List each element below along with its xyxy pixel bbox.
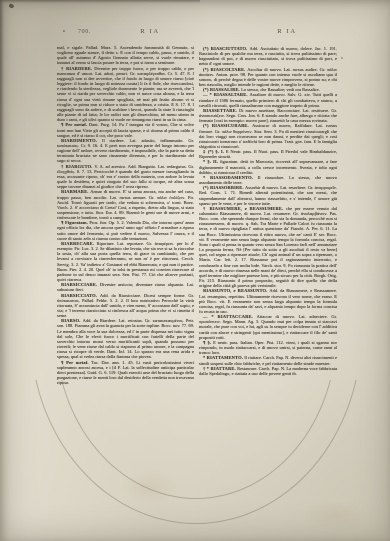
entry-headword: RIARMARE. (61, 189, 90, 194)
entry-headword: * RIATTAMENTO. (203, 355, 244, 360)
dictionary-entry: ¶ Figuratam. Pros. fior. Op. 5. 2. Volen… (57, 220, 194, 241)
entry-headword: ‡ (*) §. I. (203, 149, 226, 154)
entry-headword: † RIARGUTO. (61, 164, 94, 169)
dictionary-entry: ‡ (*) §. I. E Neutr. pass. Il Nuot. pass… (199, 149, 337, 159)
entry-headword: ¶ Figuratam. (61, 220, 89, 225)
dictionary-entry: * RIATTAMENTO. Il riattare. Carch. Pap. … (199, 355, 337, 365)
scan-edge-shadow-top (0, 0, 200, 3)
dictionary-entry: RIARMARE. Armar di nuovo. E' si arma anc… (57, 189, 194, 220)
paper-stain (20, 180, 60, 240)
entry-headword: — * RIASSALTARE. (203, 92, 250, 97)
dictionary-entry: ¶ Per metaf. Tac. Dav. ann. 1. 45. Li va… (57, 360, 194, 386)
entry-headword: (*) RIASCOLTARE. (203, 67, 247, 72)
page-number: 700. (78, 29, 91, 35)
dictionary-entry: (*) RIASSICURARE. Assicurar di nuovo, Ra… (199, 123, 337, 149)
entry-headword: RIASSUNTO, e REASSUNTO. (203, 288, 269, 293)
entry-headword: RIARRECARE. (61, 241, 97, 246)
text-column-right: (*) RIASCIUTTATO. Add. Asciuttato di nuo… (199, 46, 337, 376)
dictionary-entry: mal, e sigale. Pallad. Marz. 5. Ascenden… (57, 45, 194, 66)
entry-headword: † RIARDERE. (61, 66, 94, 71)
entry-headword: (*) RIASCIUTTATO. (203, 46, 250, 51)
entry-headword: † RIASSUMERE, e REASSUMERE. (203, 206, 286, 211)
running-head-left: R IA (90, 28, 210, 35)
entry-headword: * RIASSODAMENTO. (203, 175, 258, 180)
entry-headword: ¶ §. (203, 340, 213, 345)
dictionary-entry: RIARSICCIARE. Divenire arsiccio; diventa… (57, 282, 194, 292)
entry-headword: RIASSETTARE. (203, 108, 239, 113)
entry-headword: RIARSO. (61, 318, 83, 323)
ink-speck (63, 30, 65, 32)
entry-headword: ¶ Per metaf. (61, 360, 91, 365)
entry-headword: (*) RIASSORBIRE. (203, 185, 245, 190)
dictionary-entry: — * RIATTACCARE. Attaccar di nuovo. Lat.… (199, 314, 337, 340)
entry-headword: * §. II. (203, 159, 220, 164)
dictionary-entry: * RIASSODAMENTO. Il riassodare. Lo stess… (199, 175, 337, 185)
text-column-left: mal, e sigale. Pallad. Marz. 5. Ascenden… (57, 45, 194, 385)
ink-speck (8, 3, 14, 8)
ink-speck (341, 57, 343, 59)
entry-headword: RIARDIMENTO. (61, 138, 102, 143)
dictionary-entry: (*) RIASSORBIRE. Assorbir di nuovo. Lat.… (199, 185, 337, 206)
dictionary-entry: * §. II. figuratam. detti in Marcozia, r… (199, 159, 337, 174)
dictionary-entry: ¶ Per metaf. Dant. Purg. 14. Fu l' inseg… (57, 122, 194, 137)
entry-headword: — * RIATTACCARE. (203, 314, 257, 319)
dictionary-entry: RIARSO. Add. da Riardere. Lat. retostus.… (57, 318, 194, 359)
paper-stain (120, 470, 180, 504)
scanned-dictionary-page: 700. R IA R IA mal, e sigale. Pallad. Ma… (0, 0, 390, 541)
dictionary-entry: † RIARDERE. Divenire per troppo fuoco, o… (57, 66, 194, 123)
dictionary-entry: † RIARGUTO. V. A. ad arrestro. Add. Riar… (57, 164, 194, 190)
dictionary-entry: RIASSUNTO, e REASSUNTO. Add. da Riassume… (199, 288, 337, 314)
dictionary-entry: ¶ §. E neutr. pass. Italian. Oper. Pist.… (199, 340, 337, 355)
running-head-right: R IA (225, 28, 349, 35)
dictionary-entry: RIASSETTARE. Di nuovo assettare, Racconc… (199, 108, 337, 123)
dictionary-entry: † * RIATTARE. Restaurare. Carch. Pap. N.… (199, 366, 337, 376)
entry-headword: † * RIATTARE. (203, 366, 237, 371)
entry-headword: (*) RIASSICURARE. (203, 123, 252, 128)
dictionary-entry: RIARDIMENTO. Il riardere. Lat. adustio, … (57, 138, 194, 164)
dictionary-entry: RIARRECARE. Riportare. Lat. reportare. G… (57, 241, 194, 282)
entry-headword: RIARSICCIARE. (61, 282, 100, 287)
dictionary-entry: RIARSICCIATO. Add. da Riarsicciare. Dice… (57, 293, 194, 319)
entry-headword: ¶ Per metaf. (61, 122, 89, 127)
dictionary-entry: † RIASSUMERE, e REASSUMERE. che per esse… (199, 206, 337, 289)
dictionary-entry: — * RIASSALTARE. Assaltare di nuovo. Sal… (199, 92, 337, 107)
scan-edge-shadow-left (0, 0, 4, 270)
paper-stain (300, 500, 370, 530)
dictionary-entry: (*) RIASCIUTTATO. Add. Asciuttato di nuo… (199, 46, 337, 67)
dictionary-entry: (*) RIASCOLTARE. Ascoltar di nuovo. Lat.… (199, 67, 337, 88)
entry-headword: RIARSICCIATO. (61, 293, 100, 298)
plate-mark-arc-inner (55, 380, 337, 499)
